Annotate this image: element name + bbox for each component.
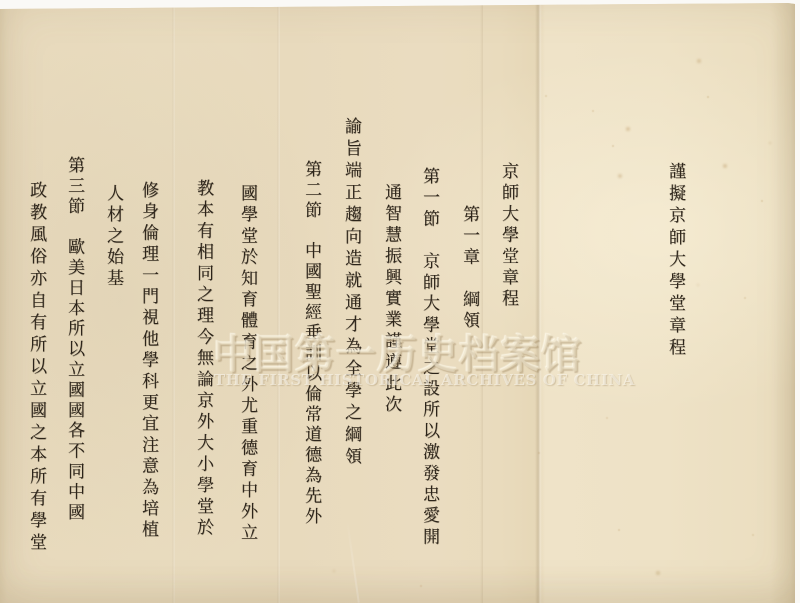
document-scan: 謹擬京師大學堂章程 京師大學堂章程 第一章 綱領 第一節 京師大學堂之設所以激發…	[0, 0, 800, 603]
foxing-spots	[0, 0, 2, 2]
right-page-title-column: 謹擬京師大學堂章程	[663, 162, 688, 360]
section-2-continuation-column: 修身倫理一門視他學科更宜注意為培植	[136, 181, 161, 541]
paper: 謹擬京師大學堂章程 京師大學堂章程 第一章 綱領 第一節 京師大學堂之設所以激發…	[0, 0, 800, 603]
section-3-continuation-column: 政教風俗亦自有所以立國之本所有學堂	[24, 181, 49, 555]
chapter-heading-column: 第一章 綱領	[457, 205, 482, 332]
edict-elevated-column: 諭旨端正趨向造就通才為全學之綱領	[339, 117, 364, 469]
fold-crease	[346, 520, 360, 602]
center-fold-crease	[535, 0, 542, 603]
fold-crease	[172, 0, 175, 603]
section-1-column: 第一節 京師大學堂之設所以激發忠愛開	[417, 167, 442, 549]
section-2-end-column: 人材之始基	[101, 184, 126, 290]
section-1-continuation-column: 通智慧振興實業謹遵此次	[379, 183, 404, 416]
section-2-continuation-column: 國學堂於知育體育之外尤重德育中外立	[235, 184, 260, 544]
section-2-continuation-column: 教本有相同之理今無論京外大小學堂於	[191, 179, 216, 539]
fold-crease	[277, 0, 280, 603]
section-3-column: 第三節 歐美日本所以立國國各不同中國	[62, 156, 87, 523]
section-2-column: 第二節 中國聖經垂訓以倫常道德為先外	[299, 160, 324, 527]
left-page-title-column: 京師大學堂章程	[496, 162, 521, 310]
